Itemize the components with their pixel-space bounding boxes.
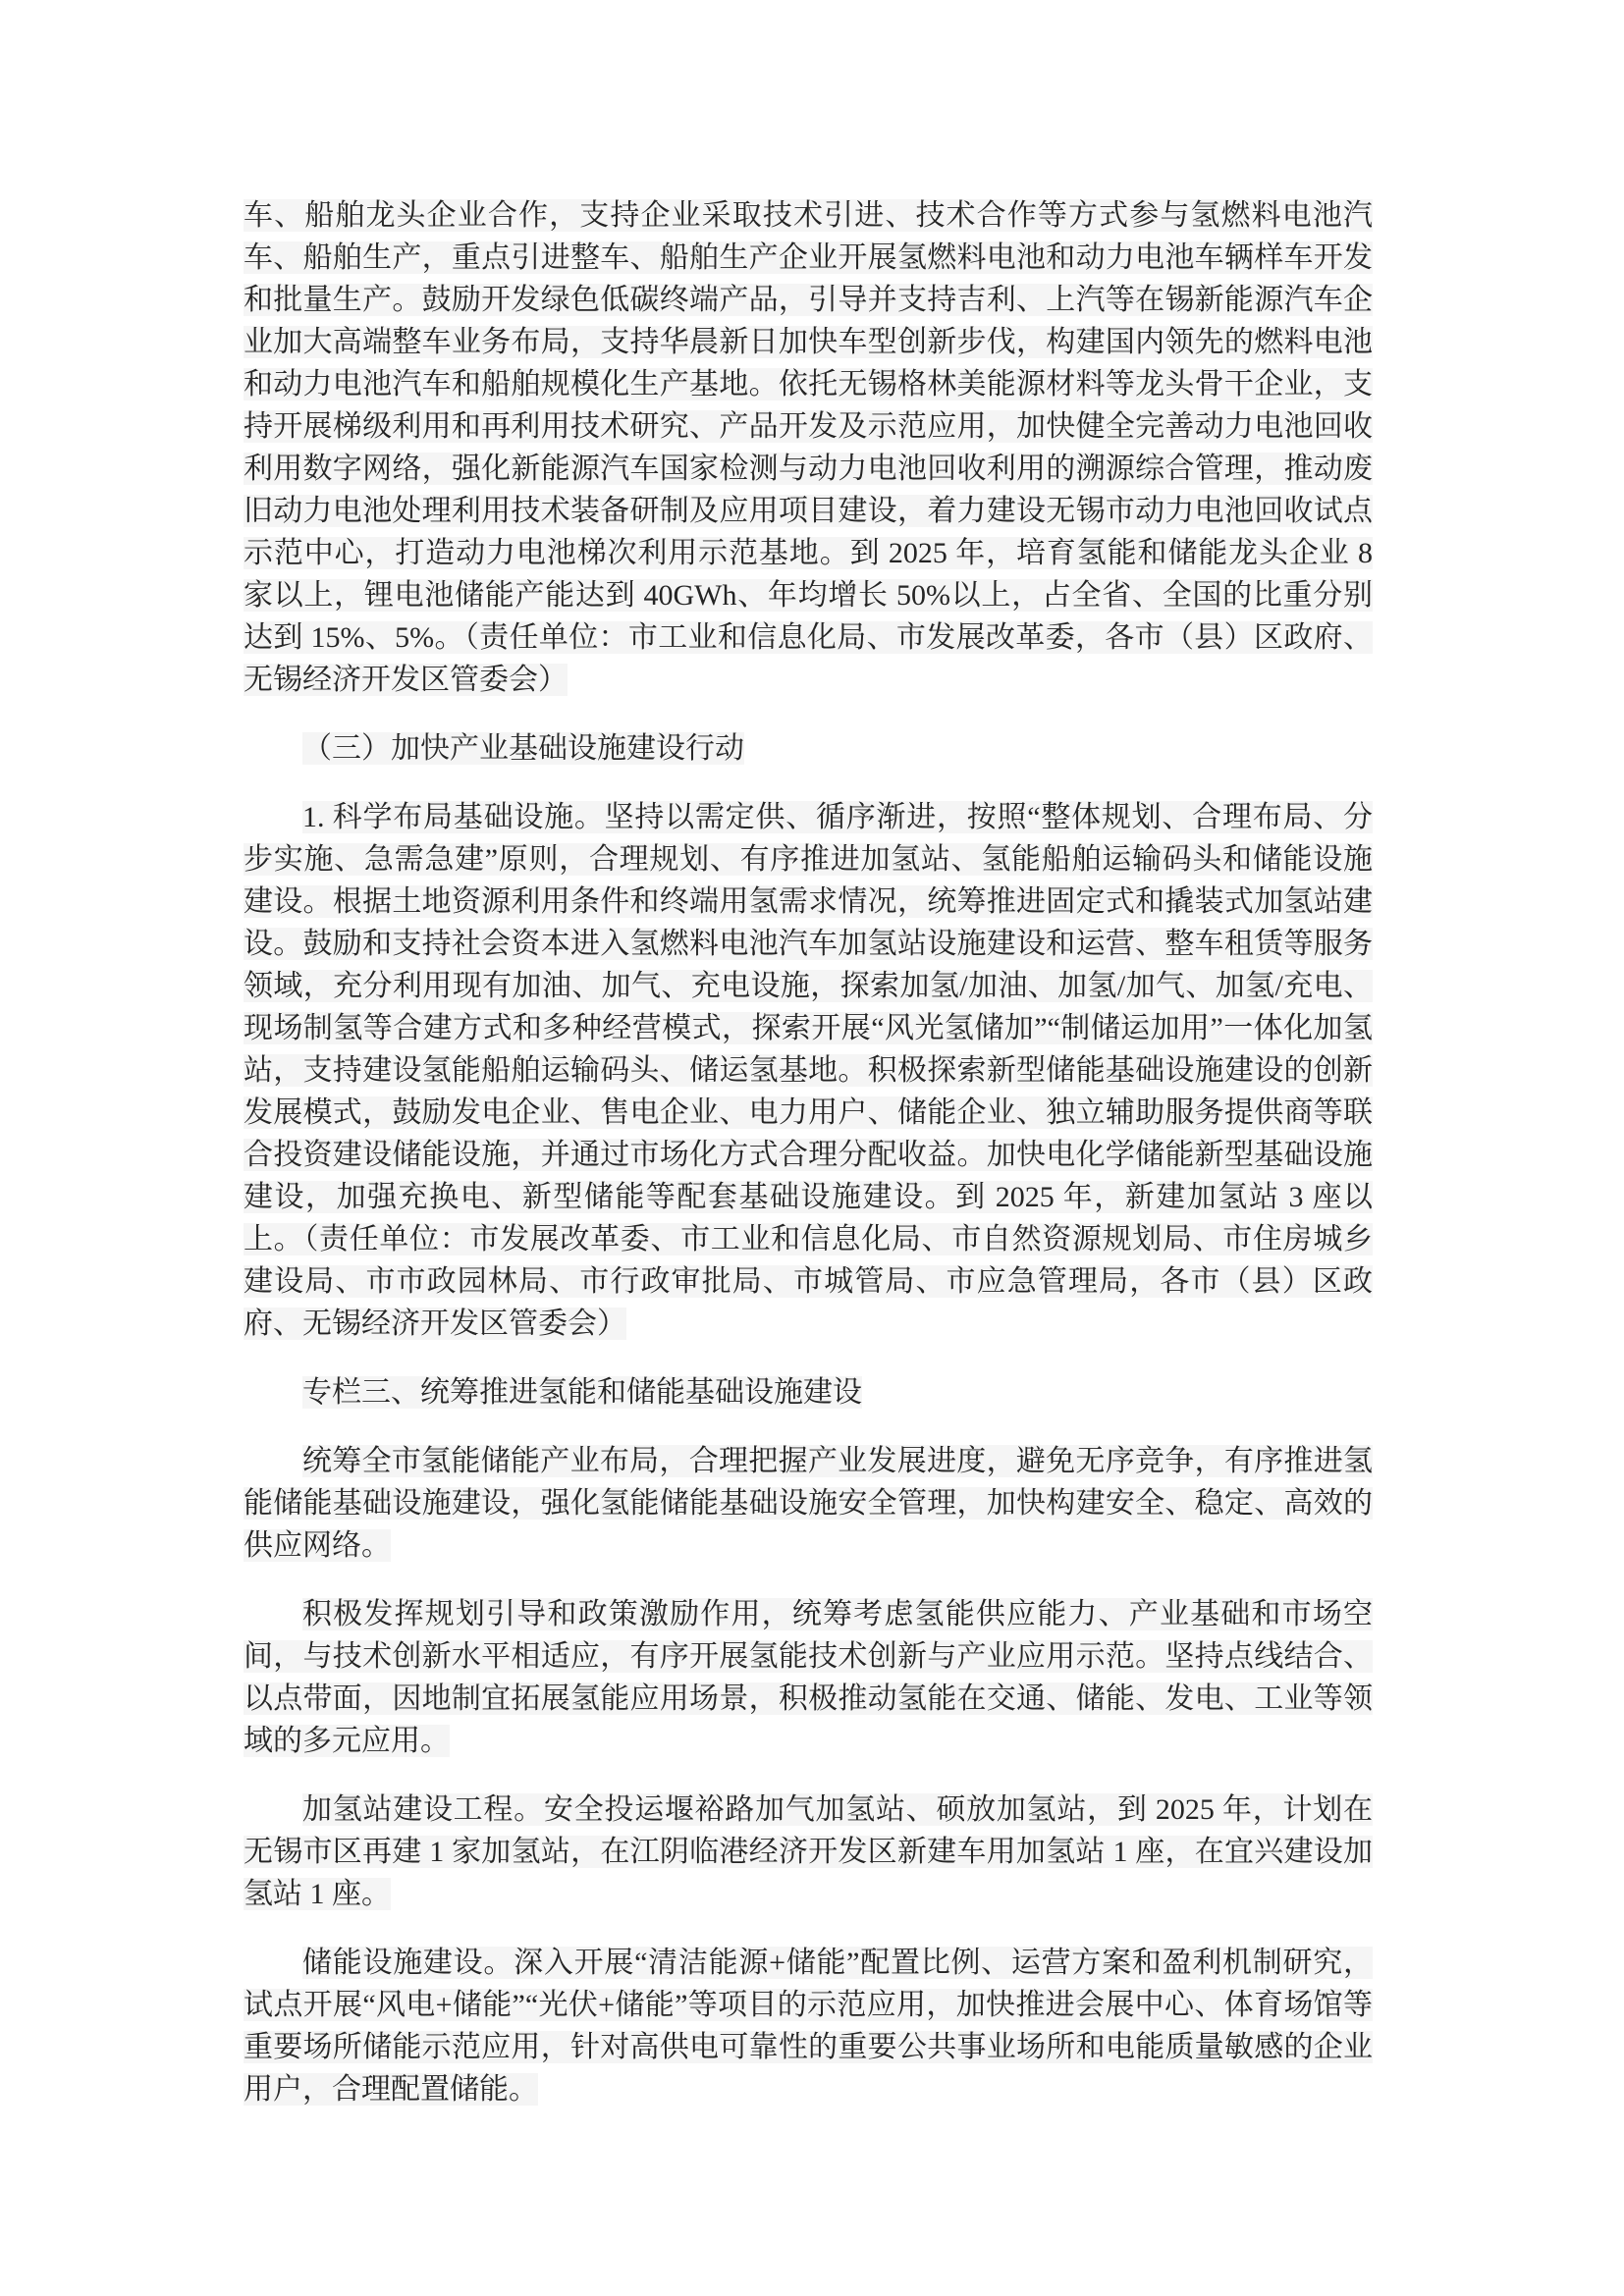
heading-text: （三）加快产业基础设施建设行动 [302,732,744,765]
paragraph-text: 1. 科学布局基础设施。坚持以需定供、循序渐进，按照“整体规划、合理布局、分步实… [244,801,1373,1340]
paragraph-text: 统筹全市氢能储能产业布局，合理把握产业发展进度，避免无序竞争，有序推进氢能储能基… [244,1445,1373,1562]
heading-text: 专栏三、统筹推进氢能和储能基础设施建设 [302,1376,862,1409]
heading-column-3: 专栏三、统筹推进氢能和储能基础设施建设 [244,1371,1373,1414]
paragraph-column-overview: 统筹全市氢能储能产业布局，合理把握产业发展进度，避免无序竞争，有序推进氢能储能基… [244,1440,1373,1567]
paragraph-infrastructure-layout: 1. 科学布局基础设施。坚持以需定供、循序渐进，按照“整体规划、合理布局、分步实… [244,796,1373,1345]
paragraph-continuation: 车、船舶龙头企业合作，支持企业采取技术引进、技术合作等方式参与氢燃料电池汽车、船… [244,194,1373,701]
paragraph-hydrogen-station-project: 加氢站建设工程。安全投运堰裕路加气加氢站、硕放加氢站，到 2025 年，计划在无… [244,1789,1373,1915]
heading-section-3: （三）加快产业基础设施建设行动 [244,727,1373,770]
document-page: 车、船舶龙头企业合作，支持企业采取技术引进、技术合作等方式参与氢燃料电池汽车、船… [0,0,1624,2296]
paragraph-text: 积极发挥规划引导和政策激励作用，统筹考虑氢能供应能力、产业基础和市场空间，与技术… [244,1598,1373,1757]
paragraph-energy-storage-project: 储能设施建设。深入开展“清洁能源+储能”配置比例、运营方案和盈利机制研究，试点开… [244,1942,1373,2110]
paragraph-text: 车、船舶龙头企业合作，支持企业采取技术引进、技术合作等方式参与氢燃料电池汽车、船… [244,199,1373,696]
paragraph-text: 储能设施建设。深入开展“清洁能源+储能”配置比例、运营方案和盈利机制研究，试点开… [244,1947,1373,2106]
paragraph-hydrogen-application: 积极发挥规划引导和政策激励作用，统筹考虑氢能供应能力、产业基础和市场空间，与技术… [244,1593,1373,1762]
document-body: 车、船舶龙头企业合作，支持企业采取技术引进、技术合作等方式参与氢燃料电池汽车、船… [244,194,1373,2137]
paragraph-text: 加氢站建设工程。安全投运堰裕路加气加氢站、硕放加氢站，到 2025 年，计划在无… [244,1793,1373,1910]
